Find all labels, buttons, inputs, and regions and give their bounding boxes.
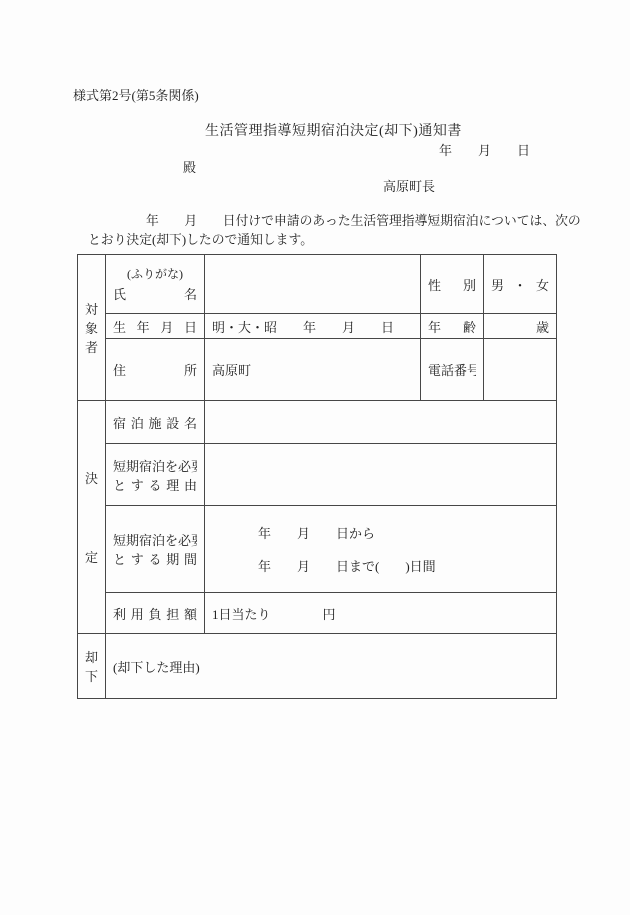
facility-label: 宿 泊 施 設 名 [113,413,197,432]
section-rejection-char: 却 [85,647,98,666]
addressee-suffix: 殿 [183,157,196,176]
period-to-line: 年 月 日まで( )日間 [212,556,549,575]
reason-label-line2: と す る 理 由 [113,475,197,494]
charge-value-cell: 1日当たり 円 [205,593,557,634]
reason-value-cell [205,444,557,506]
period-value-cell: 年 月 日から 年 月 日まで( )日間 [205,506,557,593]
section-subject-char: 者 [85,337,98,356]
birthdate-label: 生 年 月 日 [113,317,197,336]
period-label-line2: と す る 期 間 [113,549,197,568]
period-label-cell: 短期宿泊を必要 と す る 期 間 [106,506,205,593]
body-line-1: 年 月 日付けで申請のあった生活管理指導短期宿泊については、次の [88,212,573,231]
sex-value-cell: 男 ・ 女 [484,255,557,314]
issue-date-line: 年 月 日 [439,140,530,159]
age-label: 年 齢 [428,317,476,336]
form-table: 対 象 者 (ふりがな) 氏 名 性 別 男 ・ 女 生 年 月 日 明・大・昭… [77,254,557,699]
sex-label: 性 別 [428,275,476,294]
phone-label: 電話番号 [428,360,476,379]
rejection-reason-cell: (却下した理由) [106,634,557,699]
section-decision-char: 定 [85,547,98,566]
sender-name: 高原町長 [383,176,435,195]
reason-label-line1: 短期宿泊を必要 [113,456,197,475]
body-line-2: とおり決定(却下)したので通知します。 [88,231,573,250]
section-label-rejection: 却 下 [78,634,106,699]
section-subject-char: 象 [85,318,98,337]
address-value-cell: 高原町 [205,339,421,401]
age-label-cell: 年 齢 [421,314,484,339]
address-label: 住 所 [113,360,197,379]
body-paragraph: 年 月 日付けで申請のあった生活管理指導短期宿泊については、次の とおり決定(却… [88,212,573,250]
section-label-decision: 決 定 [78,401,106,634]
charge-label: 利 用 負 担 額 [113,604,197,623]
name-label-cell: (ふりがな) 氏 名 [106,255,205,314]
facility-value-cell [205,401,557,444]
sex-label-cell: 性 別 [421,255,484,314]
section-subject-char: 対 [85,299,98,318]
address-label-cell: 住 所 [106,339,205,401]
name-value-cell [205,255,421,314]
document-title: 生活管理指導短期宿泊決定(却下)通知書 [205,120,462,140]
section-label-subject: 対 象 者 [78,255,106,401]
document-page: 様式第2号(第5条関係) 生活管理指導短期宿泊決定(却下)通知書 年 月 日 殿… [0,0,630,915]
birthdate-label-cell: 生 年 月 日 [106,314,205,339]
reason-label-cell: 短期宿泊を必要 と す る 理 由 [106,444,205,506]
section-decision-char: 決 [85,468,98,487]
section-rejection-char: 下 [85,666,98,685]
name-label: 氏 名 [113,284,197,303]
age-value-cell: 歳 [484,314,557,339]
period-from-line: 年 月 日から [212,523,549,542]
charge-label-cell: 利 用 負 担 額 [106,593,205,634]
period-label-line1: 短期宿泊を必要 [113,530,197,549]
birthdate-value-cell: 明・大・昭 年 月 日 [205,314,421,339]
facility-label-cell: 宿 泊 施 設 名 [106,401,205,444]
rejection-reason-label: (却下した理由) [113,660,200,675]
furigana-label: (ふりがな) [113,265,197,282]
phone-value-cell [484,339,557,401]
phone-label-cell: 電話番号 [421,339,484,401]
form-number: 様式第2号(第5条関係) [73,85,199,104]
